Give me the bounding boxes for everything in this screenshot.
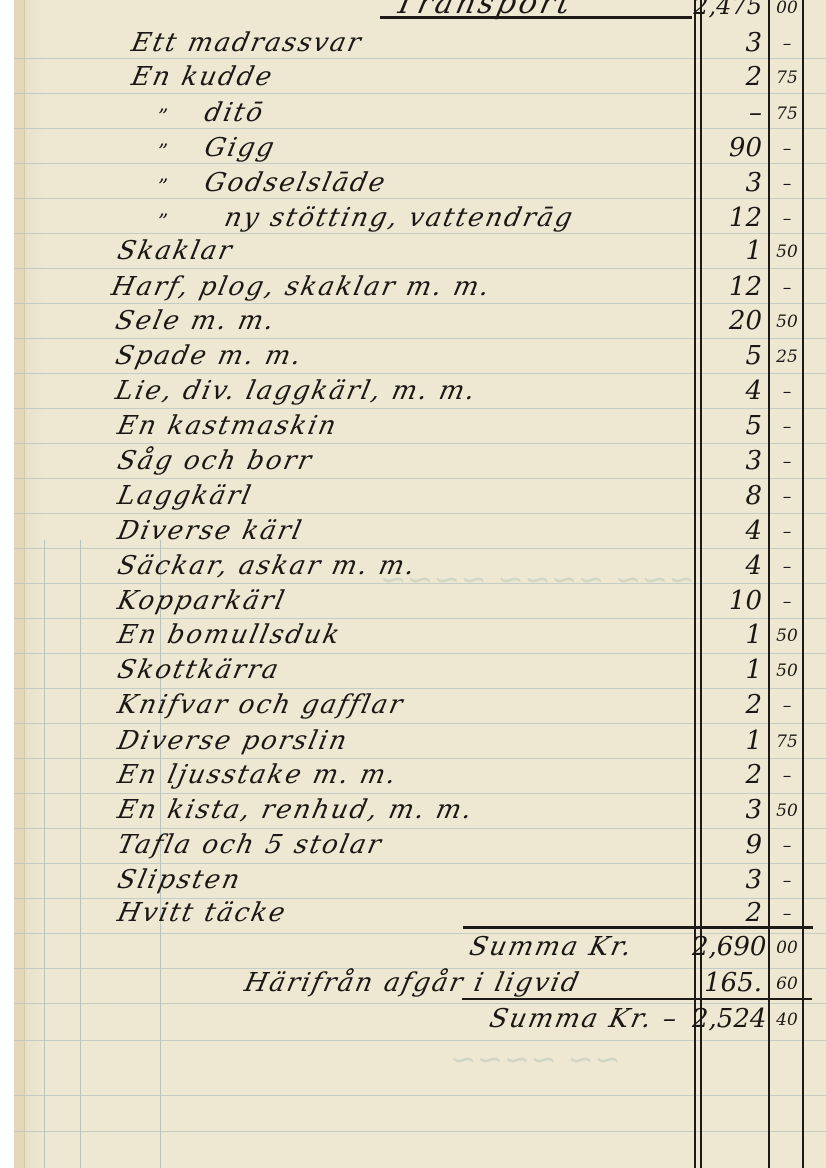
item-ore: 50: [772, 312, 802, 332]
item-description: ny stötting, vattendrāg: [222, 203, 577, 233]
item-description: Kopparkärl: [115, 586, 289, 616]
ledger-row: ” ditō – 75: [0, 98, 826, 132]
item-kr: 20: [692, 306, 762, 336]
ledger-row: Tafla och 5 stolar 9 –: [0, 830, 826, 864]
item-description: En kista, renhud, m. m.: [115, 795, 477, 825]
item-description: Diverse porslin: [115, 726, 351, 756]
ledger-row: Diverse porslin 1 75: [0, 726, 826, 760]
item-kr: 5: [692, 411, 762, 441]
item-kr: 4: [692, 376, 762, 406]
item-ore: –: [772, 557, 802, 577]
item-kr: 10: [692, 586, 762, 616]
item-description: Skaklar: [115, 236, 236, 266]
item-kr: 8: [692, 481, 762, 511]
item-kr: 3: [692, 28, 762, 58]
item-kr: 2: [692, 898, 762, 928]
total-kr: 2,524: [692, 1004, 762, 1034]
item-ore: –: [772, 871, 802, 891]
subtotal-row: Summa Kr. 2,690 00: [0, 932, 826, 966]
transport-kr: 2,475: [692, 0, 762, 20]
subtotal-label: Summa Kr.: [467, 932, 636, 962]
item-kr: 4: [692, 551, 762, 581]
item-ore: –: [772, 592, 802, 612]
item-description: Laggkärl: [115, 481, 255, 511]
item-kr: 3: [692, 168, 762, 198]
subtotal-rule: [463, 926, 813, 929]
item-kr: 1: [692, 655, 762, 685]
subtotal-kr: 2,690: [692, 932, 762, 962]
ledger-row: Sele m. m. 20 50: [0, 306, 826, 340]
item-description: Knifvar och gafflar: [115, 690, 407, 720]
total-rule: [462, 998, 812, 1000]
ledger-row: En bomullsduk 1 50: [0, 620, 826, 654]
ledger-row: ” ny stötting, vattendrāg 12 –: [0, 203, 826, 237]
item-description: Ett madrassvar: [129, 28, 366, 58]
item-description: Hvitt täcke: [115, 898, 290, 928]
item-kr: 5: [692, 341, 762, 371]
ledger-row: Knifvar och gafflar 2 –: [0, 690, 826, 724]
ledger-row: Skottkärra 1 50: [0, 655, 826, 689]
total-label: Summa Kr. –: [487, 1004, 682, 1034]
ledger-row: Säckar, askar m. m. 4 –: [0, 551, 826, 585]
ledger-row: Slipsten 3 –: [0, 865, 826, 899]
item-ore: 75: [772, 104, 802, 124]
item-description: En kudde: [129, 62, 277, 92]
item-ore: –: [772, 382, 802, 402]
item-kr: 12: [692, 203, 762, 233]
ledger-row: ” Gigg 90 –: [0, 133, 826, 167]
item-ore: –: [772, 34, 802, 54]
item-ore: –: [772, 904, 802, 924]
item-ore: –: [772, 174, 802, 194]
item-description: Diverse kärl: [115, 516, 306, 546]
item-ore: 75: [772, 732, 802, 752]
item-description: Harf, plog, skaklar m. m.: [109, 272, 494, 302]
item-ore: –: [772, 836, 802, 856]
item-description: En kastmaskin: [115, 411, 341, 441]
ledger-row: Kopparkärl 10 –: [0, 586, 826, 620]
item-ore: 50: [772, 242, 802, 262]
item-ore: –: [772, 452, 802, 472]
item-ore: –: [772, 522, 802, 542]
item-kr: 3: [692, 446, 762, 476]
ledger-row: Spade m. m. 5 25: [0, 341, 826, 375]
item-description: Säckar, askar m. m.: [115, 551, 420, 581]
total-ore: 40: [772, 1010, 802, 1030]
item-kr: 4: [692, 516, 762, 546]
ditto-mark: ”: [158, 104, 168, 128]
ledger-row: En ljusstake m. m. 2 –: [0, 760, 826, 794]
item-kr: 9: [692, 830, 762, 860]
item-description: Lie, div. laggkärl, m. m.: [113, 376, 480, 406]
item-ore: 50: [772, 661, 802, 681]
transport-underline: [380, 16, 692, 19]
ledger-row: Diverse kärl 4 –: [0, 516, 826, 550]
item-ore: –: [772, 766, 802, 786]
item-kr: 90: [692, 133, 762, 163]
item-ore: –: [772, 139, 802, 159]
ledger-row: Harf, plog, skaklar m. m. 12 –: [0, 272, 826, 306]
deduction-ore: 60: [772, 974, 802, 994]
item-description: Godselslāde: [202, 168, 390, 198]
bleed-through-text: ~~ ~~~~: [446, 1040, 625, 1078]
item-description: Skottkärra: [115, 655, 283, 685]
item-ore: 25: [772, 347, 802, 367]
deduction-row: Härifrån afgår i ligvid 165. 60: [0, 968, 826, 1002]
item-kr: 1: [692, 726, 762, 756]
item-ore: 50: [772, 626, 802, 646]
subtotal-ore: 00: [772, 938, 802, 958]
item-description: Tafla och 5 stolar: [115, 830, 386, 860]
item-ore: –: [772, 417, 802, 437]
ledger-row: Såg och borr 3 –: [0, 446, 826, 480]
item-kr: 2: [692, 760, 762, 790]
item-ore: –: [772, 278, 802, 298]
item-kr: 3: [692, 865, 762, 895]
item-kr: 2: [692, 690, 762, 720]
item-ore: 75: [772, 68, 802, 88]
deduction-kr: 165.: [692, 968, 762, 998]
ledger-row: Lie, div. laggkärl, m. m. 4 –: [0, 376, 826, 410]
item-description: Sele m. m.: [113, 306, 279, 336]
item-description: ditō: [202, 98, 267, 128]
item-description: Slipsten: [115, 865, 244, 895]
item-kr: 3: [692, 795, 762, 825]
ledger-row: Laggkärl 8 –: [0, 481, 826, 515]
item-ore: –: [772, 209, 802, 229]
total-row: Summa Kr. – 2,524 40: [0, 1004, 826, 1038]
ledger-row: Skaklar 1 50: [0, 236, 826, 270]
item-kr: 1: [692, 236, 762, 266]
item-kr: 1: [692, 620, 762, 650]
item-ore: –: [772, 487, 802, 507]
ditto-mark: ”: [158, 209, 168, 233]
deduction-label: Härifrån afgår i ligvid: [242, 968, 583, 998]
item-description: Såg och borr: [115, 446, 316, 476]
ledger-row: Ett madrassvar 3 –: [0, 28, 826, 62]
item-ore: 50: [772, 801, 802, 821]
item-kr: 2: [692, 62, 762, 92]
ditto-mark: ”: [158, 139, 168, 163]
ledger-row: ” Godselslāde 3 –: [0, 168, 826, 202]
item-kr: –: [692, 98, 762, 128]
transport-ore: 00: [772, 0, 802, 18]
ledger-row: En kastmaskin 5 –: [0, 411, 826, 445]
ditto-mark: ”: [158, 174, 168, 198]
item-ore: –: [772, 696, 802, 716]
item-description: Gigg: [202, 133, 279, 163]
ledger-row: En kista, renhud, m. m. 3 50: [0, 795, 826, 829]
item-kr: 12: [692, 272, 762, 302]
ledger-row: En kudde 2 75: [0, 62, 826, 96]
item-description: En bomullsduk: [115, 620, 344, 650]
item-description: En ljusstake m. m.: [115, 760, 401, 790]
item-description: Spade m. m.: [113, 341, 306, 371]
